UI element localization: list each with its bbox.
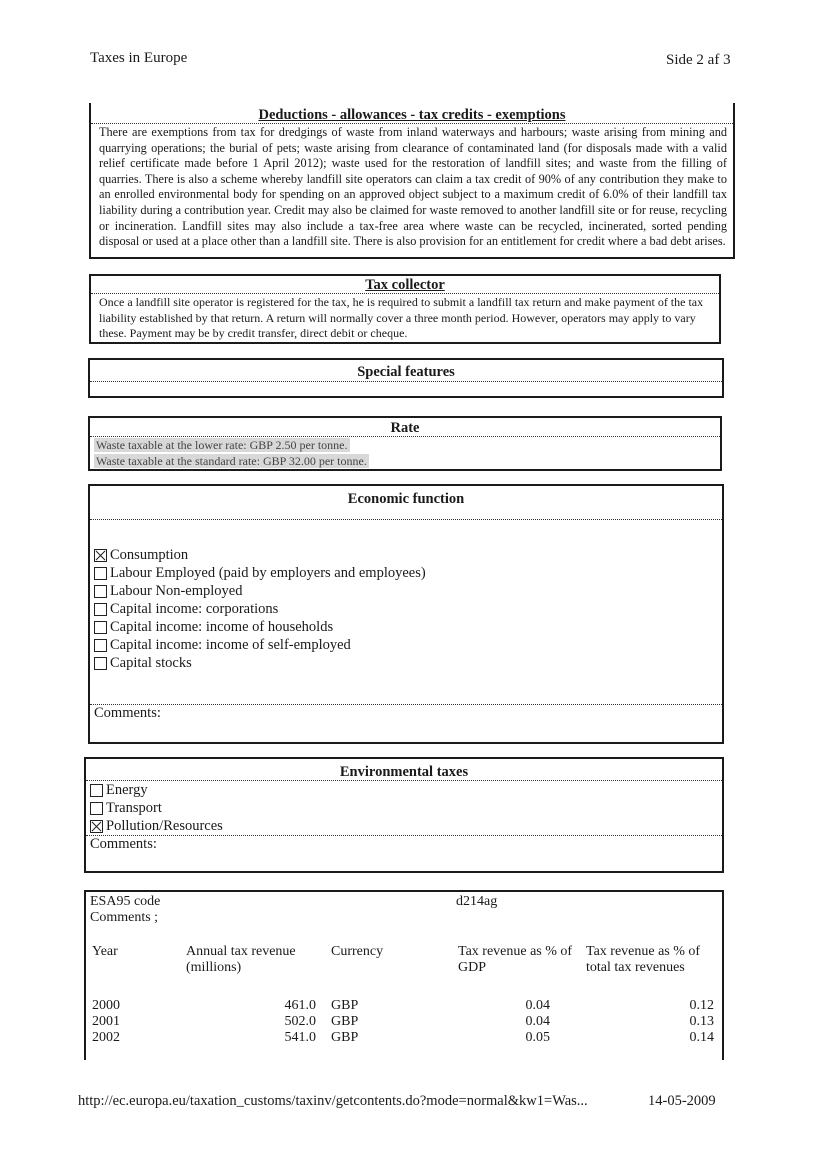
checkbox-unchecked-icon[interactable] (94, 585, 107, 598)
tax-collector-section: Tax collector Once a landfill site opera… (89, 274, 721, 344)
tax-collector-title-text: Tax collector (365, 277, 445, 293)
economic-function-options: Consumption Labour Employed (paid by emp… (90, 546, 722, 672)
option-capital-stocks[interactable]: Capital stocks (94, 654, 722, 672)
option-transport[interactable]: Transport (90, 799, 722, 817)
cell-revenue: 502.0 (236, 1014, 316, 1030)
cell-pct-total: 0.14 (646, 1030, 714, 1046)
deductions-title: Deductions - allowances - tax credits - … (91, 103, 733, 124)
esa95-code-label: ESA95 code (90, 894, 160, 910)
checkbox-unchecked-icon[interactable] (94, 657, 107, 670)
environmental-taxes-section: Environmental taxes Energy Transport Pol… (84, 757, 724, 873)
economic-function-section: Economic function Consumption Labour Emp… (88, 484, 724, 744)
deductions-text: There are exemptions from tax for dredgi… (91, 124, 733, 252)
option-label: Energy (106, 781, 148, 799)
option-label: Labour Non-employed (110, 582, 242, 600)
cell-revenue: 541.0 (236, 1030, 316, 1046)
option-label: Labour Employed (paid by employers and e… (110, 564, 426, 582)
esa95-comments-label: Comments ; (90, 910, 158, 926)
option-capital-corporations[interactable]: Capital income: corporations (94, 600, 722, 618)
checkbox-unchecked-icon[interactable] (94, 603, 107, 616)
checkbox-unchecked-icon[interactable] (94, 621, 107, 634)
option-label: Consumption (110, 546, 188, 564)
rate-line-standard: Waste taxable at the standard rate: GBP … (90, 453, 720, 469)
esa95-code-value: d214ag (456, 894, 497, 910)
option-label: Transport (106, 799, 162, 817)
checkbox-unchecked-icon[interactable] (90, 784, 103, 797)
checkbox-checked-icon[interactable] (94, 549, 107, 562)
option-pollution-resources[interactable]: Pollution/Resources (90, 817, 722, 835)
cell-currency: GBP (331, 998, 358, 1014)
economic-function-comments-label: Comments: (90, 705, 722, 722)
rate-section: Rate Waste taxable at the lower rate: GB… (88, 416, 722, 471)
cell-year: 2002 (92, 1030, 120, 1046)
rate-title: Rate (90, 418, 720, 437)
col-header-revenue: Annual tax revenue (millions) (186, 944, 326, 976)
environmental-taxes-options: Energy Transport Pollution/Resources (86, 781, 722, 835)
rate-lower-text: Waste taxable at the lower rate: GBP 2.5… (94, 438, 350, 452)
col-header-currency: Currency (331, 944, 383, 960)
deductions-title-text: Deductions - allowances - tax credits - … (258, 107, 565, 123)
option-label: Capital income: corporations (110, 600, 278, 618)
cell-revenue: 461.0 (236, 998, 316, 1014)
option-label: Capital income: income of households (110, 618, 333, 636)
rate-line-lower: Waste taxable at the lower rate: GBP 2.5… (90, 437, 720, 453)
option-labour-non-employed[interactable]: Labour Non-employed (94, 582, 722, 600)
option-labour-employed[interactable]: Labour Employed (paid by employers and e… (94, 564, 722, 582)
checkbox-unchecked-icon[interactable] (90, 802, 103, 815)
tax-collector-title: Tax collector (91, 276, 719, 294)
tax-collector-text: Once a landfill site operator is registe… (91, 294, 719, 344)
cell-year: 2001 (92, 1014, 120, 1030)
col-header-pct-gdp: Tax revenue as % of GDP (458, 944, 573, 976)
rate-standard-text: Waste taxable at the standard rate: GBP … (94, 454, 369, 468)
special-features-section: Special features (88, 358, 724, 398)
option-label: Capital stocks (110, 654, 192, 672)
option-capital-households[interactable]: Capital income: income of households (94, 618, 722, 636)
checkbox-unchecked-icon[interactable] (94, 639, 107, 652)
cell-pct-gdp: 0.04 (486, 1014, 550, 1030)
option-label: Capital income: income of self-employed (110, 636, 351, 654)
cell-pct-total: 0.13 (646, 1014, 714, 1030)
footer-date: 14-05-2009 (648, 1093, 716, 1110)
cell-pct-gdp: 0.05 (486, 1030, 550, 1046)
option-capital-self-employed[interactable]: Capital income: income of self-employed (94, 636, 722, 654)
checkbox-unchecked-icon[interactable] (94, 567, 107, 580)
cell-currency: GBP (331, 1030, 358, 1046)
esa95-section: ESA95 code d214ag Comments ; Year Annual… (84, 890, 724, 1060)
checkbox-checked-icon[interactable] (90, 820, 103, 833)
economic-function-title: Economic function (90, 486, 722, 520)
environmental-taxes-title: Environmental taxes (86, 759, 722, 781)
option-label: Pollution/Resources (106, 817, 223, 835)
deductions-section: Deductions - allowances - tax credits - … (89, 103, 735, 259)
cell-currency: GBP (331, 1014, 358, 1030)
col-header-year: Year (92, 944, 118, 960)
option-consumption[interactable]: Consumption (94, 546, 722, 564)
cell-year: 2000 (92, 998, 120, 1014)
option-energy[interactable]: Energy (90, 781, 722, 799)
page-number: Side 2 af 3 (666, 52, 731, 69)
environmental-taxes-comments-label: Comments: (86, 836, 722, 853)
document-title: Taxes in Europe (90, 50, 187, 67)
cell-pct-gdp: 0.04 (486, 998, 550, 1014)
special-features-title: Special features (90, 360, 722, 382)
footer-url: http://ec.europa.eu/taxation_customs/tax… (78, 1093, 588, 1110)
cell-pct-total: 0.12 (646, 998, 714, 1014)
col-header-pct-total: Tax revenue as % of total tax revenues (586, 944, 711, 976)
